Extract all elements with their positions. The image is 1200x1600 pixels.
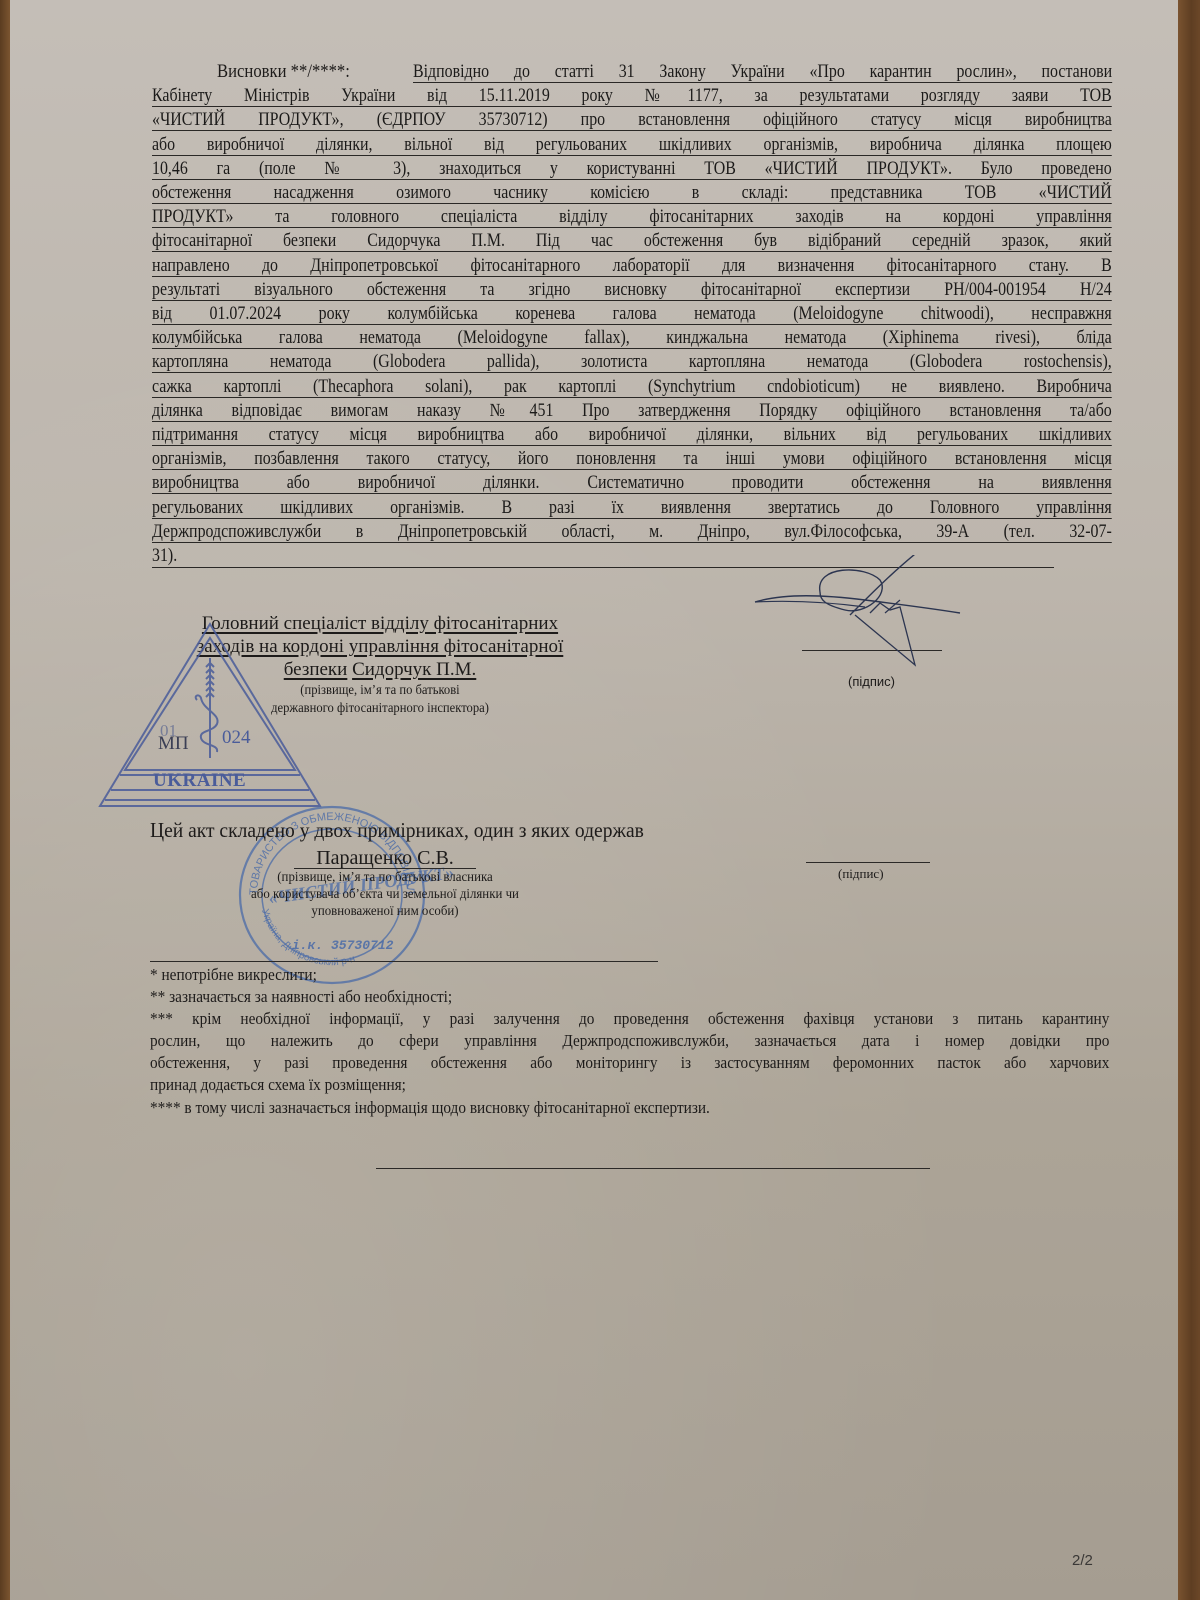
footnote-separator [150, 961, 658, 962]
round-stamp-code: і.к. 35730712 [292, 938, 393, 953]
footnote-1: * непотрібне викреслити; [150, 964, 317, 986]
conclusions-line: від 01.07.2024 року колумбійська коренев… [152, 304, 1112, 325]
triangle-stamp-number: 024 [222, 727, 251, 749]
conclusions-line: Держпродспоживслужби в Дніпропетровській… [152, 522, 1112, 543]
inspector-name: Сидорчук П.М. [352, 659, 476, 680]
table-surface-right [1178, 0, 1200, 1600]
triangle-stamp-number-prefix: 01 [160, 721, 177, 741]
footnote-3-line2: рослин, що належить до сфери управління … [150, 1030, 1109, 1052]
conclusions-line: Кабінету Міністрів України від 15.11.201… [152, 86, 1112, 107]
conclusions-line: організмів, позбавлення такого статусу, … [152, 449, 1112, 470]
footnote-3-line3: обстеження, у разі проведення обстеження… [150, 1052, 1109, 1074]
receipt-statement: Цей акт складено у двох примірниках, оди… [150, 818, 644, 843]
conclusions-line: направлено до Дніпропетровської фітосані… [152, 256, 1112, 277]
conclusions-line: фітосанітарної безпеки Сидорчука П.М. Пі… [152, 231, 1112, 252]
recipient-caption-line2: або користувача об’єкта чи земельної діл… [215, 886, 555, 903]
conclusions-label: Висновки **/****: [217, 62, 350, 83]
table-surface-left [0, 0, 10, 1600]
conclusions-line: виробництва або виробничої ділянки. Сист… [152, 473, 1112, 494]
conclusions-line: регульованих шкідливих організмів. В раз… [152, 498, 1112, 519]
triangle-stamp-country: UKRAINE [153, 770, 246, 792]
recipient-caption-line3: уповноваженої ним особи) [215, 903, 555, 920]
recipient-signature-line [806, 862, 930, 863]
footnote-2: ** зазначається за наявності або необхід… [150, 986, 452, 1008]
conclusions-line: ПРОДУКТ» та головного спеціаліста відділ… [152, 207, 1112, 228]
footnote-3-line4: принад додається схема їх розміщення; [150, 1074, 406, 1096]
conclusions-line: результаті візуального обстеження та згі… [152, 280, 1112, 301]
conclusions-line: ділянка відповідає вимогам наказу №451 П… [152, 401, 1112, 422]
recipient-name-underline [294, 868, 476, 869]
conclusions-line: 10,46 га (поле № 3), знаходиться у корис… [152, 159, 1112, 180]
conclusions-line: «ЧИСТИЙ ПРОДУКТ», (ЄДРПОУ 35730712) про … [152, 110, 1112, 131]
conclusions-line: або виробничої ділянки, вільної від регу… [152, 135, 1112, 156]
conclusions-line: сажка картоплі (Thecaphora solani), рак … [152, 377, 1112, 398]
conclusions-line: колумбійська галова нематода (Meloidogyn… [152, 328, 1112, 349]
bottom-rule [376, 1168, 930, 1169]
conclusions-line: підтримання статусу місця виробництва аб… [152, 425, 1112, 446]
footnote-3-line1: *** крім необхідної інформації, у разі з… [150, 1008, 1109, 1030]
recipient-signature-caption: (підпис) [838, 866, 884, 882]
recipient-caption-line1: (прізвище, ім’я та по батькові власника [215, 869, 555, 886]
inspector-signature-caption: (підпис) [848, 674, 895, 689]
footnote-4: **** в тому числі зазначається інформаці… [150, 1097, 710, 1119]
receipt-recipient-block: Паращенко С.В. (прізвище, ім’я та по бат… [200, 847, 570, 920]
recipient-name: Паращенко С.В. [200, 847, 570, 869]
conclusions-line: Відповідно до статті 31 Закону України «… [413, 62, 1112, 83]
page-number: 2/2 [1072, 1552, 1093, 1569]
conclusions-line: обстеження насадження озимого часнику ко… [152, 183, 1112, 204]
conclusions-line: картопляна нематода (Globodera pallida),… [152, 352, 1112, 373]
